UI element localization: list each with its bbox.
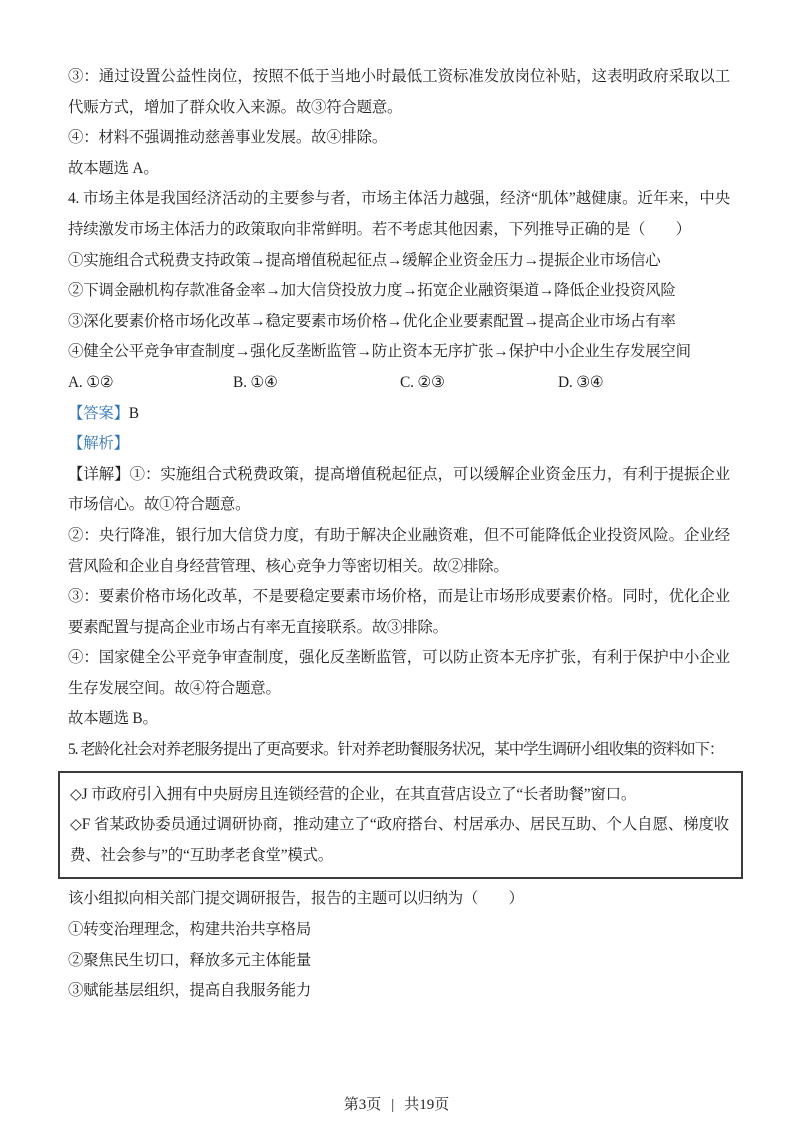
q5-material-item-2: ◇F 省某政协委员通过调研协商，推动建立了“政府搭台、村居承办、居民互助、个人自… xyxy=(70,810,729,871)
q5-item-1: ①转变治理理念，构建共治共享格局 xyxy=(68,915,730,946)
q4-stem: 4. 市场主体是我国经济活动的主要参与者，市场主体活力越强，经济“肌体”越健康。… xyxy=(68,184,730,245)
q4-detail-3: ③：要素价格市场化改革，不是要稳定要素市场价格，而是让市场形成要素价格。同时，优… xyxy=(68,582,730,643)
q4-chain-4: ④健全公平竞争审查制度→强化反垄断监管→防止资本无序扩张→保护中小企业生存发展空… xyxy=(68,337,730,368)
q5-material-box: ◇J 市政府引入拥有中央厨房且连锁经营的企业，在其直营店设立了“长者助餐”窗口。… xyxy=(58,771,743,880)
q3-conclusion: 故本题选 A。 xyxy=(68,154,730,185)
footer-page-total: 共19页 xyxy=(404,1097,449,1113)
q4-option-c: C. ②③ xyxy=(400,368,558,399)
q4-answer-value: B xyxy=(129,405,139,422)
q5-stem: 5. 老龄化社会对养老服务提出了更高要求。针对养老助餐服务状况，某中学生调研小组… xyxy=(68,735,730,766)
document-page: ③：通过设置公益性岗位，按照不低于当地小时最低工资标准发放岗位补贴，这表明政府采… xyxy=(0,0,793,1122)
footer-separator: | xyxy=(391,1097,394,1113)
q4-option-a: A. ①② xyxy=(68,368,233,399)
q5-prompt: 该小组拟向相关部门提交调研报告，报告的主题可以归纳为（ ） xyxy=(68,884,730,915)
q5-item-2: ②聚焦民生切口，释放多元主体能量 xyxy=(68,946,730,977)
page-footer: 第3页|共19页 xyxy=(0,1093,793,1114)
q4-analysis-label: 【解析】 xyxy=(68,429,730,460)
q4-chain-1: ①实施组合式税费支持政策→提高增值税起征点→缓解企业资金压力→提振企业市场信心 xyxy=(68,246,730,277)
q4-detail-4: ④：国家健全公平竞争审查制度，强化反垄断监管，可以防止资本无序扩张，有利于保护中… xyxy=(68,643,730,704)
q4-answer-label: 【答案】 xyxy=(68,405,129,422)
q4-detail-1: 【详解】①：实施组合式税费政策，提高增值税起征点，可以缓解企业资金压力，有利于提… xyxy=(68,460,730,521)
q5-item-3: ③赋能基层组织，提高自我服务能力 xyxy=(68,976,730,1007)
q4-options-row: A. ①②B. ①④C. ②③D. ③④ xyxy=(68,368,730,399)
q5-material-item-1: ◇J 市政府引入拥有中央厨房且连锁经营的企业，在其直营店设立了“长者助餐”窗口。 xyxy=(70,780,729,811)
q4-chain-3: ③深化要素价格市场化改革→稳定要素市场价格→优化企业要素配置→提高企业市场占有率 xyxy=(68,307,730,338)
page-content: ③：通过设置公益性岗位，按照不低于当地小时最低工资标准发放岗位补贴，这表明政府采… xyxy=(68,62,730,1007)
q4-conclusion: 故本题选 B。 xyxy=(68,704,730,735)
q3-explanation-point3: ③：通过设置公益性岗位，按照不低于当地小时最低工资标准发放岗位补贴，这表明政府采… xyxy=(68,62,730,123)
q4-chain-2: ②下调金融机构存款准备金率→加大信贷投放力度→拓宽企业融资渠道→降低企业投资风险 xyxy=(68,276,730,307)
q4-option-d: D. ③④ xyxy=(558,368,603,399)
q3-explanation-point4: ④：材料不强调推动慈善事业发展。故④排除。 xyxy=(68,123,730,154)
q4-detail-2: ②：央行降准，银行加大信贷力度，有助于解决企业融资难，但不可能降低企业投资风险。… xyxy=(68,521,730,582)
q4-option-b: B. ①④ xyxy=(233,368,400,399)
q4-answer-line: 【答案】B xyxy=(68,399,730,430)
footer-page-number: 第3页 xyxy=(344,1097,382,1113)
